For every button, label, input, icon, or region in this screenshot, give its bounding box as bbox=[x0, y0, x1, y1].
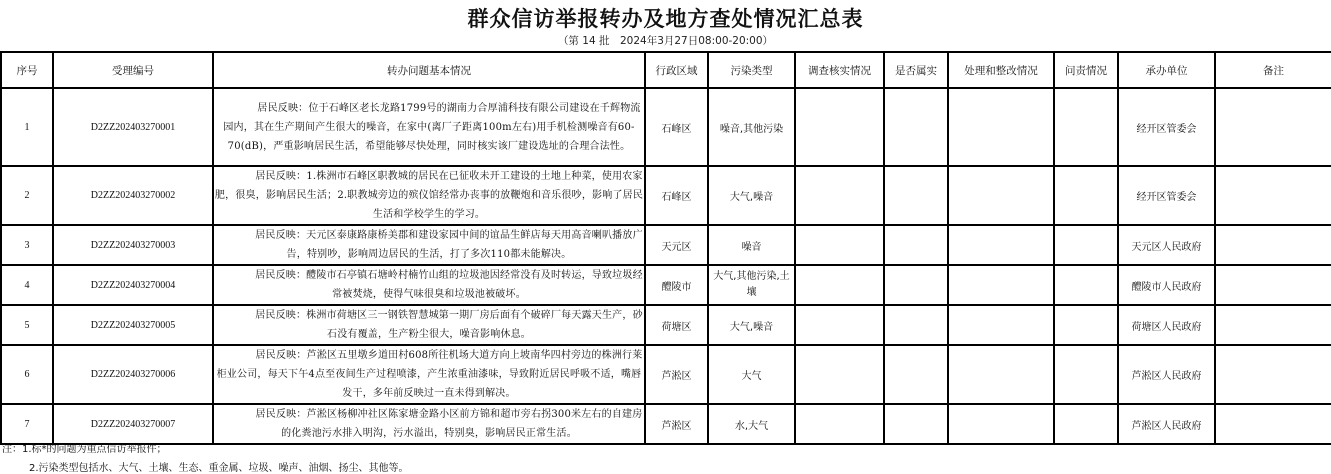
cell-verified bbox=[884, 305, 948, 345]
header-seq: 序号 bbox=[1, 52, 53, 88]
cell-seq: 1 bbox=[1, 88, 53, 166]
header-description: 转办问题基本情况 bbox=[213, 52, 645, 88]
cell-investigation bbox=[795, 225, 884, 265]
header-id: 受理编号 bbox=[53, 52, 213, 88]
cell-investigation bbox=[795, 265, 884, 305]
description-text: 居民反映：1.株洲市石峰区职教城的居民在已征收未开工建设的土地上种菜，使用农家肥… bbox=[215, 171, 643, 220]
description-text: 居民反映：天元区泰康路康桥美郡和建设家园中间的谊品生鲜店每天用高音喇叭播放广告，… bbox=[255, 230, 643, 260]
table-row: 1 D2ZZ202403270001 居民反映：位于石峰区老长龙路1799号的湖… bbox=[1, 88, 1331, 166]
cell-district: 石峰区 bbox=[645, 166, 708, 225]
cell-handler: 天元区人民政府 bbox=[1118, 225, 1215, 265]
cell-district: 芦淞区 bbox=[645, 345, 708, 404]
cell-seq: 2 bbox=[1, 166, 53, 225]
table-row: 5 D2ZZ202403270005 居民反映：株洲市荷塘区三一钢铁智慧城第一期… bbox=[1, 305, 1331, 345]
table-row: 2 D2ZZ202403270002 居民反映：1.株洲市石峰区职教城的居民在已… bbox=[1, 166, 1331, 225]
cell-district: 芦淞区 bbox=[645, 404, 708, 444]
cell-pollution-type: 大气 bbox=[708, 345, 795, 404]
cell-remarks bbox=[1215, 225, 1331, 265]
cell-handling bbox=[948, 225, 1054, 265]
cell-id: D2ZZ202403270007 bbox=[53, 404, 213, 444]
table-row: 3 D2ZZ202403270003 居民反映：天元区泰康路康桥美郡和建设家园中… bbox=[1, 225, 1331, 265]
description-text: 居民反映：醴陵市石亭镇石塘岭村楠竹山组的垃圾池因经常没有及时转运，导致垃圾经常被… bbox=[255, 270, 643, 300]
cell-description: 居民反映：天元区泰康路康桥美郡和建设家园中间的谊品生鲜店每天用高音喇叭播放广告，… bbox=[213, 225, 645, 265]
cell-verified bbox=[884, 265, 948, 305]
cell-id: D2ZZ202403270004 bbox=[53, 265, 213, 305]
footnotes: 注：1.标*的问题为重点信访举报件； 2.污染类型包括水、大气、土壤、生态、重金… bbox=[2, 440, 409, 474]
cell-accountability bbox=[1054, 225, 1118, 265]
table-row: 4 D2ZZ202403270004 居民反映：醴陵市石亭镇石塘岭村楠竹山组的垃… bbox=[1, 265, 1331, 305]
document-subtitle: （第 14 批 2024年3月27日08:00-20:00） bbox=[0, 33, 1331, 48]
cell-remarks bbox=[1215, 404, 1331, 444]
cell-verified bbox=[884, 345, 948, 404]
cell-seq: 4 bbox=[1, 265, 53, 305]
footnote-1: 注：1.标*的问题为重点信访举报件； bbox=[2, 440, 409, 459]
description-text: 居民反映：株洲市荷塘区三一钢铁智慧城第一期厂房后面有个破碎厂每天露天生产，砂石没… bbox=[255, 310, 643, 340]
cell-investigation bbox=[795, 305, 884, 345]
cell-handler: 芦淞区人民政府 bbox=[1118, 345, 1215, 404]
cell-id: D2ZZ202403270006 bbox=[53, 345, 213, 404]
cell-id: D2ZZ202403270001 bbox=[53, 88, 213, 166]
cell-investigation bbox=[795, 88, 884, 166]
table-header-row: 序号 受理编号 转办问题基本情况 行政区域 污染类型 调查核实情况 是否属实 处… bbox=[1, 52, 1331, 88]
cell-district: 醴陵市 bbox=[645, 265, 708, 305]
cell-handling bbox=[948, 404, 1054, 444]
cell-accountability bbox=[1054, 345, 1118, 404]
cell-description: 居民反映：芦淞区五里墩乡道田村608所往机场大道方向上坡南华四村旁边的株洲行莱柜… bbox=[213, 345, 645, 404]
cell-investigation bbox=[795, 404, 884, 444]
cell-verified bbox=[884, 166, 948, 225]
cell-pollution-type: 水,大气 bbox=[708, 404, 795, 444]
cell-accountability bbox=[1054, 404, 1118, 444]
cell-pollution-type: 噪音,其他污染 bbox=[708, 88, 795, 166]
summary-table: 序号 受理编号 转办问题基本情况 行政区域 污染类型 调查核实情况 是否属实 处… bbox=[0, 51, 1331, 445]
header-investigation: 调查核实情况 bbox=[795, 52, 884, 88]
description-text: 居民反映：位于石峰区老长龙路1799号的湖南力合厚浦科技有限公司建设在千辉物流园… bbox=[223, 103, 640, 152]
cell-handler: 经开区管委会 bbox=[1118, 88, 1215, 166]
cell-handling bbox=[948, 305, 1054, 345]
table-row: 6 D2ZZ202403270006 居民反映：芦淞区五里墩乡道田村608所往机… bbox=[1, 345, 1331, 404]
cell-id: D2ZZ202403270005 bbox=[53, 305, 213, 345]
cell-accountability bbox=[1054, 265, 1118, 305]
cell-district: 石峰区 bbox=[645, 88, 708, 166]
cell-accountability bbox=[1054, 305, 1118, 345]
cell-description: 居民反映：株洲市荷塘区三一钢铁智慧城第一期厂房后面有个破碎厂每天露天生产，砂石没… bbox=[213, 305, 645, 345]
cell-description: 居民反映：芦淞区杨柳冲社区陈家塘金路小区前方锦和超市旁右拐300米左右的自建房的… bbox=[213, 404, 645, 444]
description-text: 居民反映：芦淞区杨柳冲社区陈家塘金路小区前方锦和超市旁右拐300米左右的自建房的… bbox=[256, 409, 643, 439]
cell-handling bbox=[948, 88, 1054, 166]
cell-remarks bbox=[1215, 265, 1331, 305]
cell-remarks bbox=[1215, 166, 1331, 225]
cell-remarks bbox=[1215, 88, 1331, 166]
cell-accountability bbox=[1054, 88, 1118, 166]
header-verified: 是否属实 bbox=[884, 52, 948, 88]
cell-handler: 醴陵市人民政府 bbox=[1118, 265, 1215, 305]
cell-district: 天元区 bbox=[645, 225, 708, 265]
cell-handling bbox=[948, 345, 1054, 404]
header-pollution-type: 污染类型 bbox=[708, 52, 795, 88]
header-handler: 承办单位 bbox=[1118, 52, 1215, 88]
cell-pollution-type: 大气,噪音 bbox=[708, 305, 795, 345]
table-row: 7 D2ZZ202403270007 居民反映：芦淞区杨柳冲社区陈家塘金路小区前… bbox=[1, 404, 1331, 444]
cell-seq: 6 bbox=[1, 345, 53, 404]
cell-pollution-type: 大气,噪音 bbox=[708, 166, 795, 225]
cell-handler: 经开区管委会 bbox=[1118, 166, 1215, 225]
cell-remarks bbox=[1215, 305, 1331, 345]
footnote-2: 2.污染类型包括水、大气、土壤、生态、重金属、垃圾、噪声、油烟、扬尘、其他等。 bbox=[2, 459, 409, 474]
cell-description: 居民反映：醴陵市石亭镇石塘岭村楠竹山组的垃圾池因经常没有及时转运，导致垃圾经常被… bbox=[213, 265, 645, 305]
cell-seq: 5 bbox=[1, 305, 53, 345]
cell-pollution-type: 大气,其他污染,土壤 bbox=[708, 265, 795, 305]
cell-investigation bbox=[795, 166, 884, 225]
cell-accountability bbox=[1054, 166, 1118, 225]
document-title: 群众信访举报转办及地方查处情况汇总表 bbox=[0, 3, 1331, 33]
header-remarks: 备注 bbox=[1215, 52, 1331, 88]
cell-verified bbox=[884, 225, 948, 265]
header-accountability: 问责情况 bbox=[1054, 52, 1118, 88]
header-handling: 处理和整改情况 bbox=[948, 52, 1054, 88]
cell-handler: 荷塘区人民政府 bbox=[1118, 305, 1215, 345]
cell-id: D2ZZ202403270003 bbox=[53, 225, 213, 265]
cell-verified bbox=[884, 88, 948, 166]
cell-description: 居民反映：位于石峰区老长龙路1799号的湖南力合厚浦科技有限公司建设在千辉物流园… bbox=[213, 88, 645, 166]
description-text: 居民反映：芦淞区五里墩乡道田村608所往机场大道方向上坡南华四村旁边的株洲行莱柜… bbox=[217, 350, 643, 399]
cell-id: D2ZZ202403270002 bbox=[53, 166, 213, 225]
cell-handling bbox=[948, 265, 1054, 305]
header-district: 行政区域 bbox=[645, 52, 708, 88]
cell-district: 荷塘区 bbox=[645, 305, 708, 345]
cell-handling bbox=[948, 166, 1054, 225]
cell-handler: 芦淞区人民政府 bbox=[1118, 404, 1215, 444]
cell-seq: 7 bbox=[1, 404, 53, 444]
cell-pollution-type: 噪音 bbox=[708, 225, 795, 265]
cell-verified bbox=[884, 404, 948, 444]
cell-seq: 3 bbox=[1, 225, 53, 265]
cell-investigation bbox=[795, 345, 884, 404]
cell-remarks bbox=[1215, 345, 1331, 404]
cell-description: 居民反映：1.株洲市石峰区职教城的居民在已征收未开工建设的土地上种菜，使用农家肥… bbox=[213, 166, 645, 225]
